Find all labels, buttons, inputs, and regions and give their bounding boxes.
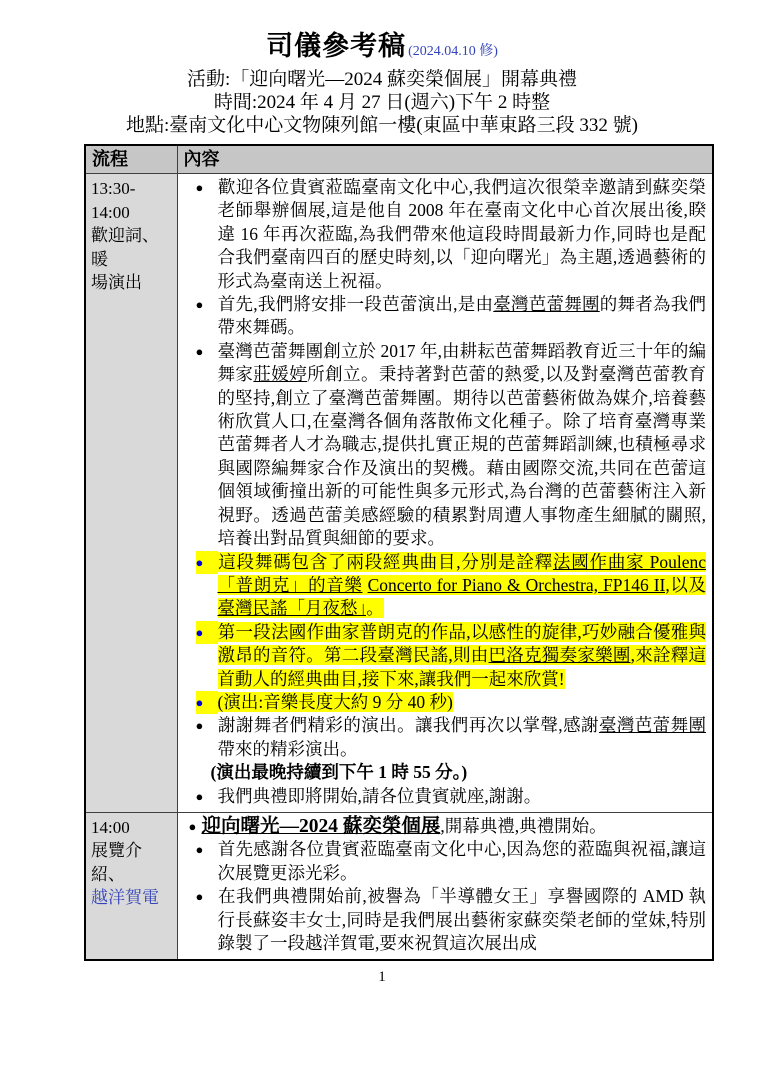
- text-segment: 我們典禮即將開始,請各位貴賓就座,謝謝。: [218, 786, 542, 806]
- content-item: ●在我們典禮開始前,被譽為「半導體女王」享譽國際的 AMD 執行長蘇姿丰女士,同…: [178, 885, 707, 955]
- text-segment: 臺灣民謠「月夜愁」: [218, 598, 367, 618]
- text-segment: 。: [366, 598, 384, 618]
- content-item: ●首先,我們將安排一段芭蕾演出,是由臺灣芭蕾舞團的舞者為我們帶來舞碼。: [178, 293, 707, 340]
- text-segment: 這段舞碼包含了兩段經典曲目,分別是詮釋: [218, 552, 553, 572]
- title-line: 司儀參考稿(2024.04.10 修): [0, 30, 764, 68]
- content-cell: ●歡迎各位貴賓蒞臨臺南文化中心,我們這次很榮幸邀請到蘇奕榮老師舉辦個展,這是他自…: [177, 174, 713, 813]
- table-row: 14:00展覽介紹、越洋賀電●迎向曙光—2024 蘇奕榮個展,開幕典禮,典禮開始…: [85, 812, 713, 960]
- schedule-text: 13:30-: [91, 177, 175, 201]
- content-item: ●謝謝舞者們精彩的演出。讓我們再次以掌聲,感謝臺灣芭蕾舞團帶來的精彩演出。: [178, 714, 707, 761]
- schedule-table: 流程 內容 13:30-14:00歡迎詞、暖場演出●歡迎各位貴賓蒞臨臺南文化中心…: [84, 144, 714, 961]
- schedule-text: 場演出: [91, 271, 175, 295]
- bullet-icon: ●: [196, 714, 218, 737]
- text-segment: Concerto for Piano & Orchestra, FP146 II: [368, 575, 666, 595]
- schedule-text: 14:00: [91, 201, 175, 225]
- text-segment: 迎向曙光—2024 蘇奕榮個展: [202, 816, 441, 837]
- text-segment: 首先,我們將安排一段芭蕾演出,是由: [218, 294, 494, 314]
- content-item: (演出最晚持續到下午 1 時 55 分。): [178, 761, 707, 784]
- bullet-icon: ●: [196, 176, 218, 199]
- text-segment: 臺灣芭蕾舞團: [493, 294, 600, 314]
- text-segment: 巴洛克獨奏家樂團: [489, 645, 631, 665]
- content-item: ●我們典禮即將開始,請各位貴賓就座,謝謝。: [178, 785, 707, 808]
- location-line: 地點:臺南文化中心文物陳列館一樓(東區中華東路三段 332 號): [0, 114, 764, 137]
- column-header-content: 內容: [177, 145, 713, 174]
- content-item: ●迎向曙光—2024 蘇奕榮個展,開幕典禮,典禮開始。: [178, 815, 707, 838]
- schedule-text: 歡迎詞、暖: [91, 224, 175, 271]
- text-segment: ,開幕典禮,典禮開始。: [440, 816, 606, 836]
- text-segment: ,以及: [665, 575, 706, 595]
- content-cell: ●迎向曙光—2024 蘇奕榮個展,開幕典禮,典禮開始。●首先感謝各位貴賓蒞臨臺南…: [177, 812, 713, 960]
- document-header: 司儀參考稿(2024.04.10 修) 活動:「迎向曙光—2024 蘇奕榮個展」…: [0, 30, 764, 137]
- content-item: ●歡迎各位貴賓蒞臨臺南文化中心,我們這次很榮幸邀請到蘇奕榮老師舉辦個展,這是他自…: [178, 176, 707, 293]
- schedule-text: 14:00: [91, 816, 175, 840]
- text-segment: (演出最晚持續到下午 1 時 55 分。): [211, 762, 468, 782]
- content-item: ●第一段法國作曲家普朗克的作品,以感性的旋律,巧妙融合優雅與激昂的音符。第二段臺…: [178, 621, 707, 691]
- bullet-icon: ●: [196, 885, 218, 908]
- bullet-icon: ●: [196, 691, 218, 714]
- bullet-icon: ●: [196, 293, 218, 316]
- content-item: ●這段舞碼包含了兩段經典曲目,分別是詮釋法國作曲家 Poulenc「普朗克」的音…: [178, 551, 707, 621]
- bullet-icon: ●: [196, 621, 218, 644]
- document-page: 司儀參考稿(2024.04.10 修) 活動:「迎向曙光—2024 蘇奕榮個展」…: [0, 0, 764, 1080]
- schedule-text: 展覽介紹、: [91, 839, 175, 886]
- column-header-process: 流程: [85, 145, 177, 174]
- text-segment: 臺灣芭蕾舞團: [599, 715, 706, 735]
- bullet-icon: ●: [196, 340, 218, 363]
- time-line: 時間:2024 年 4 月 27 日(週六)下午 2 時整: [0, 91, 764, 114]
- bullet-icon: ●: [196, 551, 218, 574]
- text-segment: 帶來的精彩演出。: [218, 739, 358, 759]
- schedule-cell: 13:30-14:00歡迎詞、暖場演出: [85, 174, 177, 813]
- schedule-cell: 14:00展覽介紹、越洋賀電: [85, 812, 177, 960]
- content-item: ●(演出:音樂長度大約 9 分 40 秒): [178, 691, 707, 714]
- text-segment: 歡迎各位貴賓蒞臨臺南文化中心,我們這次很榮幸邀請到蘇奕榮老師舉辦個展,這是他自 …: [218, 177, 707, 291]
- table-header-row: 流程 內容: [85, 145, 713, 174]
- bullet-icon: ●: [196, 838, 218, 861]
- page-title: 司儀參考稿: [266, 31, 406, 61]
- text-segment: 謝謝舞者們精彩的演出。讓我們再次以掌聲,感謝: [218, 715, 599, 735]
- text-segment: 在我們典禮開始前,被譽為「半導體女王」享譽國際的 AMD 執行長蘇姿丰女士,同時…: [218, 886, 707, 953]
- content-item: ●首先感謝各位貴賓蒞臨臺南文化中心,因為您的蒞臨與祝福,讓這次展覽更添光彩。: [178, 838, 707, 885]
- bullet-icon: ●: [196, 785, 218, 808]
- activity-line: 活動:「迎向曙光—2024 蘇奕榮個展」開幕典禮: [0, 68, 764, 91]
- page-number: 1: [0, 969, 764, 986]
- revision-note: (2024.04.10 修): [408, 44, 498, 59]
- schedule-text-blue: 越洋賀電: [91, 886, 175, 910]
- table-row: 13:30-14:00歡迎詞、暖場演出●歡迎各位貴賓蒞臨臺南文化中心,我們這次很…: [85, 174, 713, 813]
- bullet-icon: ●: [189, 815, 202, 838]
- text-segment: 首先感謝各位貴賓蒞臨臺南文化中心,因為您的蒞臨與祝福,讓這次展覽更添光彩。: [218, 839, 707, 882]
- text-segment: 所創立。秉持著對芭蕾的熱愛,以及對臺灣芭蕾教育的堅持,創立了臺灣芭蕾舞團。期待以…: [218, 364, 707, 548]
- content-item: ●臺灣芭蕾舞團創立於 2017 年,由耕耘芭蕾舞蹈教育近三十年的編舞家莊媛婷所創…: [178, 340, 707, 551]
- text-segment: 莊媛婷: [253, 364, 307, 384]
- text-segment: (演出:音樂長度大約 9 分 40 秒): [218, 692, 453, 712]
- text-segment: [363, 575, 368, 595]
